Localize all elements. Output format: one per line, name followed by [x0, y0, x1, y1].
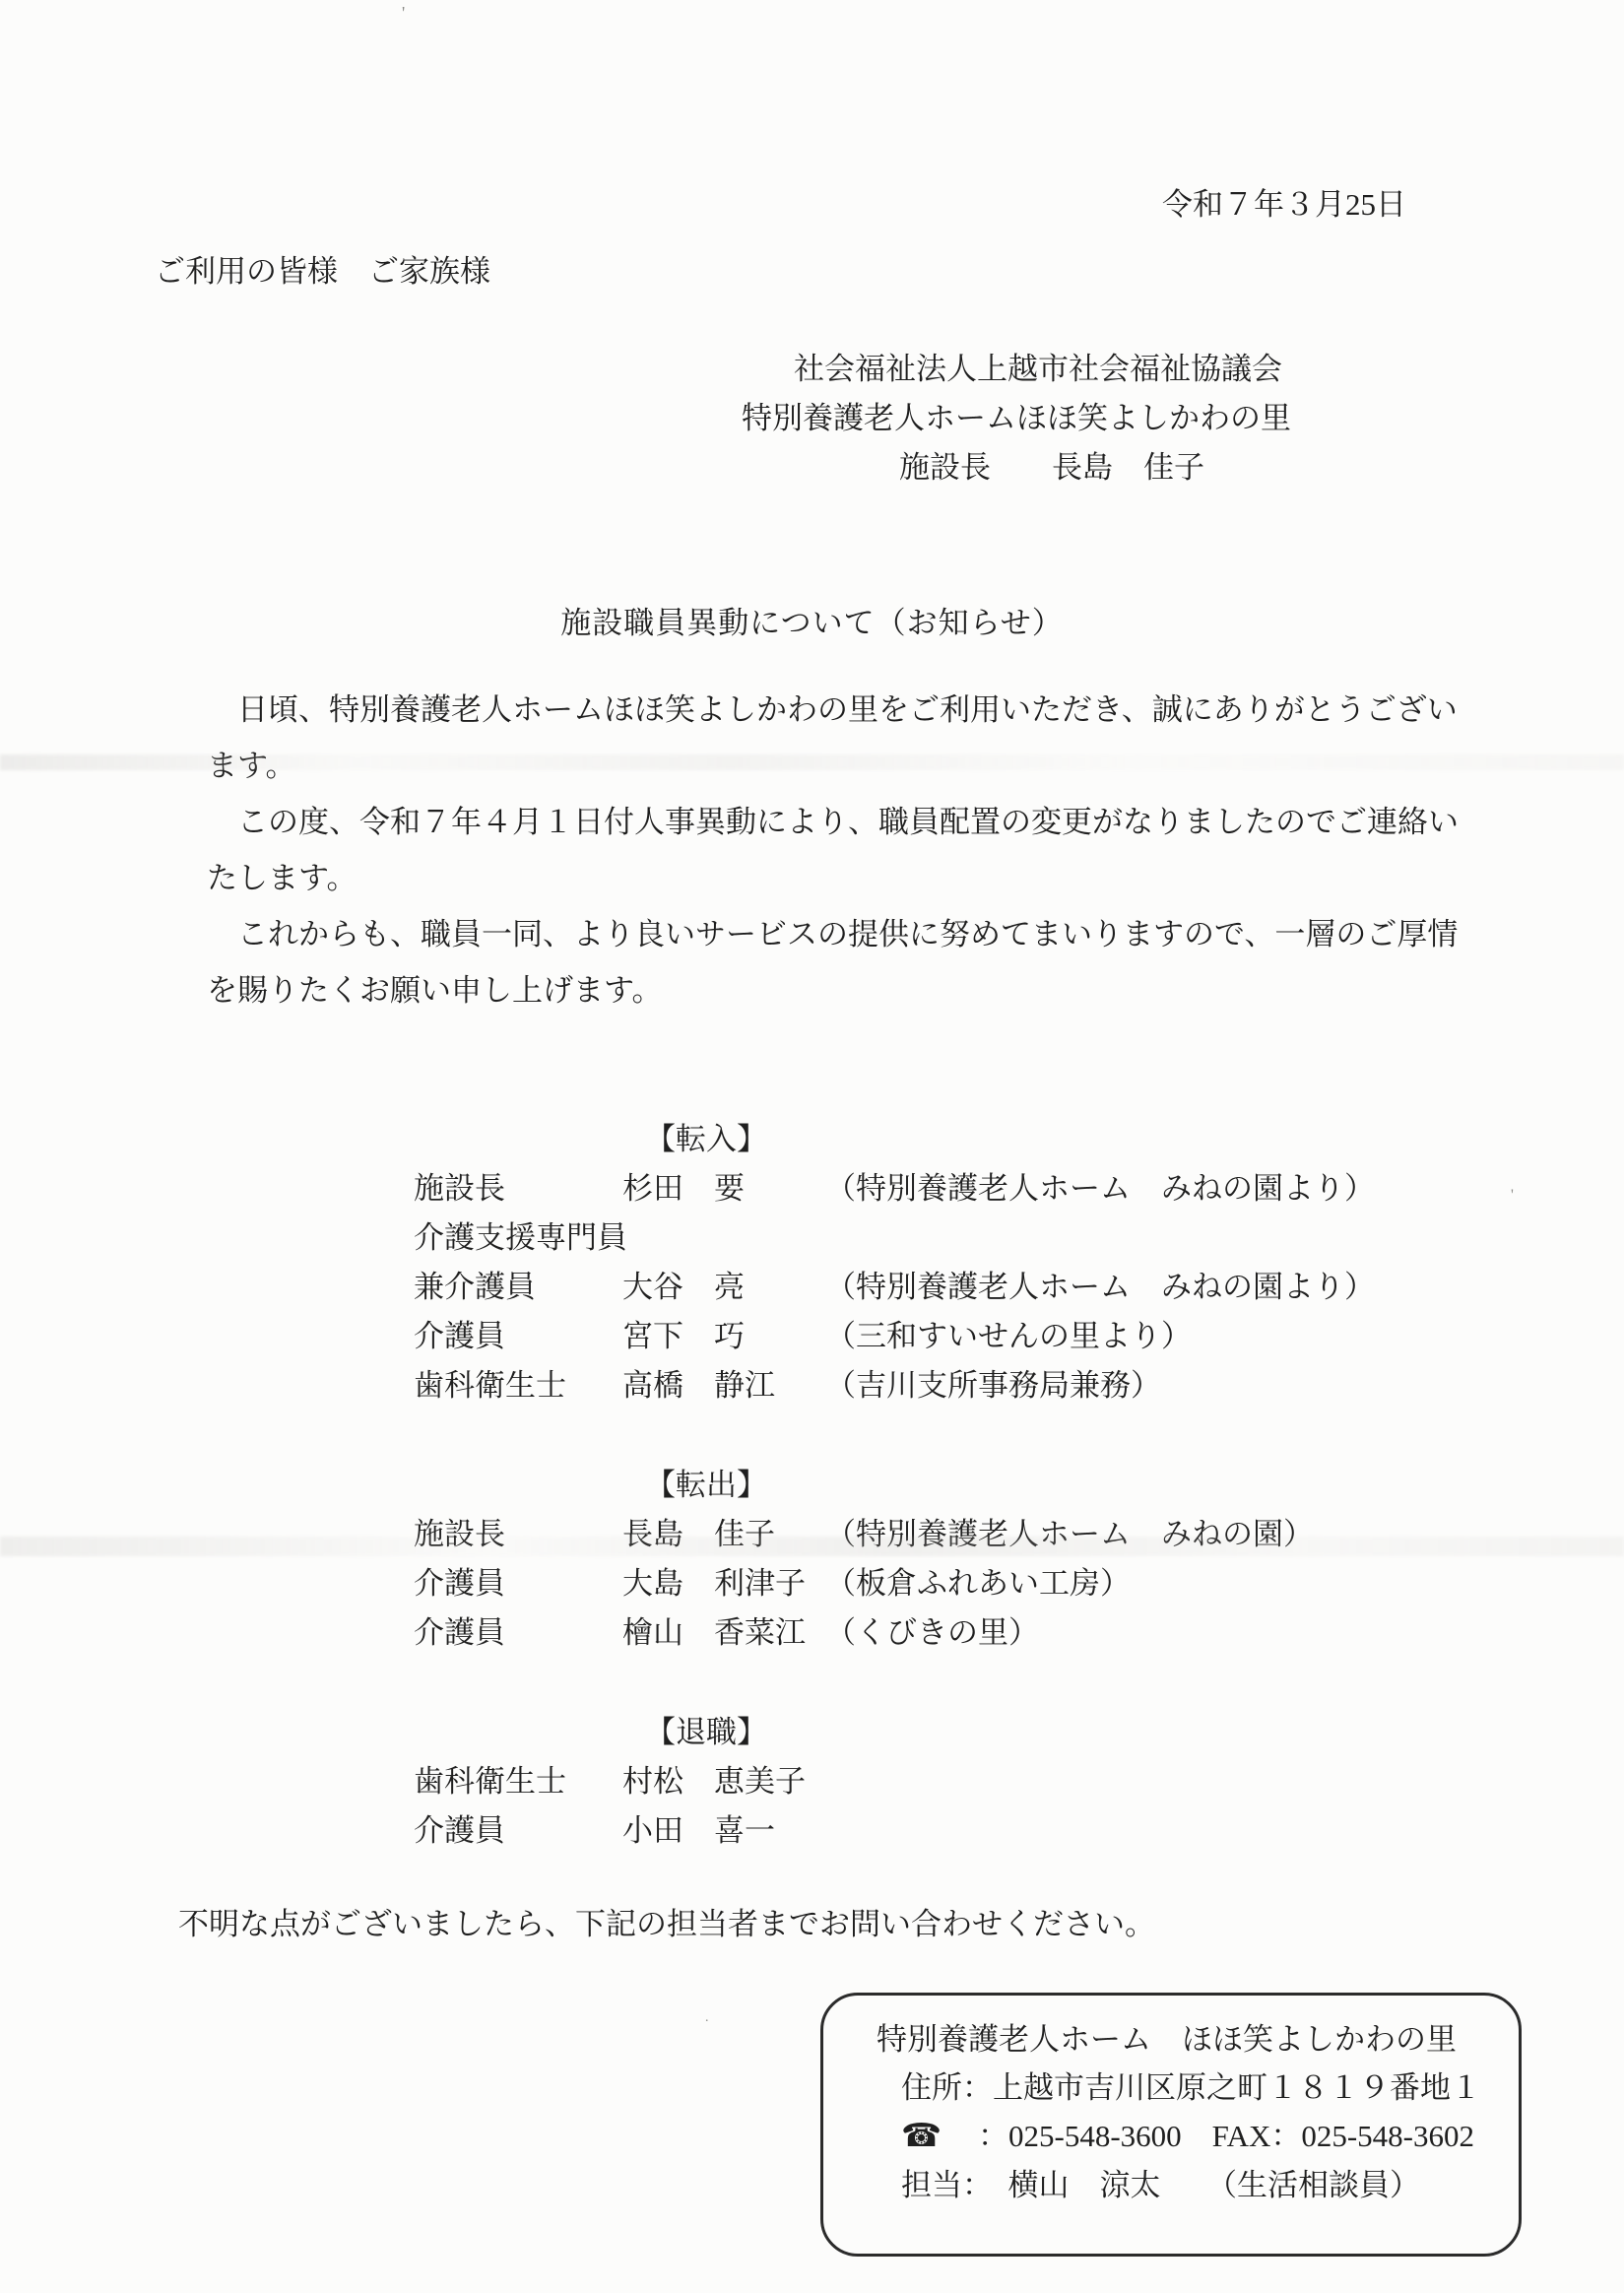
staff-name: 大島 利津子 — [622, 1559, 825, 1608]
sender-organization: 社会福祉法人上越市社会福祉協議会 — [794, 351, 1282, 387]
staff-row: 介護員宮下 巧（三和すいせんの里より） — [414, 1312, 1624, 1361]
staff-note: （くびきの里） — [825, 1608, 1624, 1658]
contact-box: 特別養護老人ホーム ほほ笑よしかわの里 住所：上越市吉川区原之町１８１９番地１ … — [820, 1993, 1522, 2257]
section-taishoku: 【退職】 歯科衛生士村松 恵美子 介護員小田 喜一 — [0, 1708, 1624, 1856]
staff-note: （特別養護老人ホーム みねの園より） — [825, 1263, 1624, 1312]
staff-note — [825, 1757, 1624, 1806]
staff-role: 兼介護員 — [414, 1263, 622, 1312]
contact-person: 担当： 横山 涼太 （生活相談員） — [901, 2161, 1519, 2209]
section-heading: 【退職】 — [645, 1708, 1624, 1757]
staff-name: 小田 喜一 — [622, 1806, 825, 1856]
letter-page: 令和７年３月25日 ご利用の皆様 ご家族様 社会福祉法人上越市社会福祉協議会 特… — [0, 0, 1624, 2293]
closing-line: 不明な点がございましたら、下記の担当者までお問い合わせください。 — [148, 1906, 1155, 1942]
staff-change-sections: 【転入】 施設長杉田 要（特別養護老人ホーム みねの園より） 介護支援専門員 兼… — [0, 1115, 1624, 1856]
staff-note — [825, 1213, 1624, 1263]
staff-name: 檜山 香菜江 — [622, 1608, 825, 1658]
section-tennyu: 【転入】 施設長杉田 要（特別養護老人ホーム みねの園より） 介護支援専門員 兼… — [0, 1115, 1624, 1410]
staff-role: 介護員 — [414, 1559, 622, 1608]
contact-tel-fax: ☎：025-548-3600 FAX：025-548-3602 — [901, 2112, 1519, 2161]
staff-name: 大谷 亮 — [622, 1263, 825, 1312]
contact-tel-fax-numbers: ：025-548-3600 FAX：025-548-3602 — [978, 2112, 1474, 2160]
staff-row: 介護員大島 利津子（板倉ふれあい工房） — [414, 1559, 1624, 1608]
body-paragraph: これからも、職員一同、より良いサービスの提供に努めてまいりますので、一層のご厚情… — [207, 906, 1467, 1018]
staff-name — [622, 1213, 825, 1263]
staff-note: （特別養護老人ホーム みねの園） — [825, 1510, 1624, 1559]
contact-address: 住所：上越市吉川区原之町１８１９番地１ — [901, 2064, 1519, 2112]
body-paragraph: この度、令和７年４月１日付人事異動により、職員配置の変更がなりましたのでご連絡い… — [207, 794, 1467, 906]
scan-artifact: . — [705, 2011, 709, 2025]
section-heading: 【転入】 — [645, 1115, 1624, 1164]
staff-row: 施設長長島 佳子（特別養護老人ホーム みねの園） — [414, 1510, 1624, 1559]
staff-name: 宮下 巧 — [622, 1312, 825, 1361]
staff-note: （吉川支所事務局兼務） — [825, 1361, 1624, 1410]
contact-facility: 特別養護老人ホーム ほほ笑よしかわの里 — [877, 2015, 1519, 2064]
staff-role: 介護員 — [414, 1312, 622, 1361]
staff-note: （特別養護老人ホーム みねの園より） — [825, 1164, 1624, 1213]
staff-name: 高橋 静江 — [622, 1361, 825, 1410]
staff-note: （三和すいせんの里より） — [825, 1312, 1624, 1361]
staff-name: 村松 恵美子 — [622, 1757, 825, 1806]
scan-artifact: ' — [402, 4, 405, 22]
body-paragraphs: 日頃、特別養護老人ホームほほ笑よしかわの里をご利用いただき、誠にありがとうござい… — [207, 682, 1467, 1018]
staff-row: 歯科衛生士高橋 静江（吉川支所事務局兼務） — [414, 1361, 1624, 1410]
scan-artifact: ' — [1511, 1188, 1514, 1204]
staff-role: 歯科衛生士 — [414, 1361, 622, 1410]
staff-row: 介護支援専門員 — [414, 1213, 1624, 1263]
body-paragraph: 日頃、特別養護老人ホームほほ笑よしかわの里をご利用いただき、誠にありがとうござい… — [207, 682, 1467, 794]
sender-signer: 施設長 長島 佳子 — [899, 449, 1204, 486]
phone-icon: ☎ — [901, 2113, 978, 2161]
document-date: 令和７年３月25日 — [1162, 186, 1406, 223]
staff-note: （板倉ふれあい工房） — [825, 1559, 1624, 1608]
staff-row: 介護員檜山 香菜江（くびきの里） — [414, 1608, 1624, 1658]
staff-row: 施設長杉田 要（特別養護老人ホーム みねの園より） — [414, 1164, 1624, 1213]
staff-role: 介護支援専門員 — [414, 1213, 622, 1263]
staff-role: 介護員 — [414, 1806, 622, 1856]
staff-role: 施設長 — [414, 1510, 622, 1559]
section-heading: 【転出】 — [645, 1461, 1624, 1510]
staff-name: 杉田 要 — [622, 1164, 825, 1213]
document-title: 施設職員異動について（お知らせ） — [0, 605, 1624, 641]
sender-facility: 特別養護老人ホームほほ笑よしかわの里 — [742, 400, 1291, 436]
staff-row: 歯科衛生士村松 恵美子 — [414, 1757, 1624, 1806]
staff-note — [825, 1806, 1624, 1856]
staff-role: 介護員 — [414, 1608, 622, 1658]
staff-row: 兼介護員大谷 亮（特別養護老人ホーム みねの園より） — [414, 1263, 1624, 1312]
staff-row: 介護員小田 喜一 — [414, 1806, 1624, 1856]
staff-role: 歯科衛生士 — [414, 1757, 622, 1806]
staff-name: 長島 佳子 — [622, 1510, 825, 1559]
staff-role: 施設長 — [414, 1164, 622, 1213]
recipient-line: ご利用の皆様 ご家族様 — [155, 253, 490, 290]
section-tenshutsu: 【転出】 施設長長島 佳子（特別養護老人ホーム みねの園） 介護員大島 利津子（… — [0, 1461, 1624, 1658]
